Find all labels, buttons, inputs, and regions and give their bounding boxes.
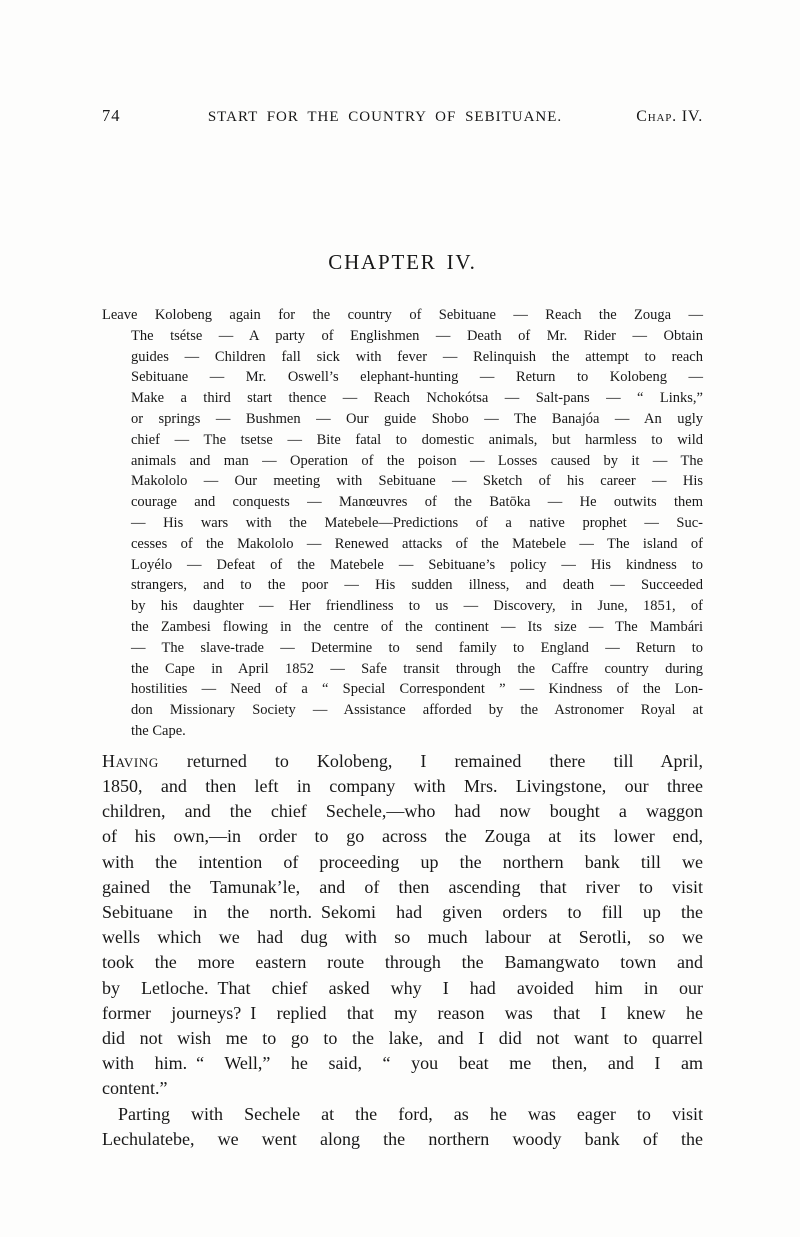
text-line: Sebituane in the north. Sekomi had given…: [102, 900, 703, 925]
running-title: START FOR THE COUNTRY OF SEBITUANE.: [162, 109, 608, 126]
small-caps-lead: Having: [102, 751, 159, 771]
text-line: Lechulatebe, we went along the northern …: [102, 1127, 703, 1152]
text-line: the Cape.: [102, 721, 703, 742]
text-line: Sebituane — Mr. Oswell’s elephant-huntin…: [102, 367, 703, 388]
text-line: of his own,—in order to go across the Zo…: [102, 824, 703, 849]
page-number: 74: [102, 107, 162, 124]
text-line: Make a third start thence — Reach Nchokó…: [102, 388, 703, 409]
text-line: cesses of the Makololo — Renewed attacks…: [102, 534, 703, 555]
text-line: the Cape in April 1852 — Safe transit th…: [102, 659, 703, 680]
chapter-summary: Leave Kolobeng again for the country of …: [102, 305, 703, 742]
text-line: The tsétse — A party of Englishmen — Dea…: [102, 326, 703, 347]
text-line: Parting with Sechele at the ford, as he …: [102, 1102, 703, 1127]
text-line: — His wars with the Matebele—Predictions…: [102, 513, 703, 534]
text-line: chief — The tsetse — Bite fatal to domes…: [102, 430, 703, 451]
text-line: the Zambesi flowing in the centre of the…: [102, 617, 703, 638]
chapter-heading: CHAPTER IV.: [102, 252, 703, 273]
text-line: did not wish me to go to the lake, and I…: [102, 1026, 703, 1051]
text-line: animals and man — Operation of the poiso…: [102, 451, 703, 472]
text-line: strangers, and to the poor — His sudden …: [102, 575, 703, 596]
running-header: 74 START FOR THE COUNTRY OF SEBITUANE. C…: [102, 0, 703, 126]
text-line: Makololo — Our meeting with Sebituane — …: [102, 471, 703, 492]
page-content: 74 START FOR THE COUNTRY OF SEBITUANE. C…: [102, 0, 703, 1152]
text-line: gained the Tamunak’le, and of then ascen…: [102, 875, 703, 900]
paragraph: Having returned to Kolobeng, I remained …: [102, 749, 703, 1102]
text-line: took the more eastern route through the …: [102, 950, 703, 975]
body-text: Having returned to Kolobeng, I remained …: [102, 749, 703, 1152]
text-line: content.”: [102, 1076, 703, 1101]
text-line: children, and the chief Sechele,—who had…: [102, 799, 703, 824]
chapter-label: Chap. IV.: [608, 108, 703, 125]
text-line: guides — Children fall sick with fever —…: [102, 347, 703, 368]
text-line: or springs — Bushmen — Our guide Shobo —…: [102, 409, 703, 430]
text-line: by his daughter — Her friendliness to us…: [102, 596, 703, 617]
text-line: by Letloche. That chief asked why I had …: [102, 976, 703, 1001]
text-line: wells which we had dug with so much labo…: [102, 925, 703, 950]
text-line: 1850, and then left in company with Mrs.…: [102, 774, 703, 799]
text-line: Having returned to Kolobeng, I remained …: [102, 749, 703, 774]
text-line: with him. “ Well,” he said, “ you beat m…: [102, 1051, 703, 1076]
text-line: hostilities — Need of a “ Special Corres…: [102, 679, 703, 700]
text-line: former journeys? I replied that my reaso…: [102, 1001, 703, 1026]
text-line: Loyélo — Defeat of the Matebele — Sebitu…: [102, 555, 703, 576]
text-line: with the intention of proceeding up the …: [102, 850, 703, 875]
text-line: don Missionary Society — Assistance affo…: [102, 700, 703, 721]
text-line: — The slave-trade — Determine to send fa…: [102, 638, 703, 659]
book-page: 74 START FOR THE COUNTRY OF SEBITUANE. C…: [0, 0, 800, 1237]
text-line: courage and conquests — Manœuvres of the…: [102, 492, 703, 513]
paragraph: Parting with Sechele at the ford, as he …: [102, 1102, 703, 1152]
text-line: Leave Kolobeng again for the country of …: [102, 305, 703, 326]
